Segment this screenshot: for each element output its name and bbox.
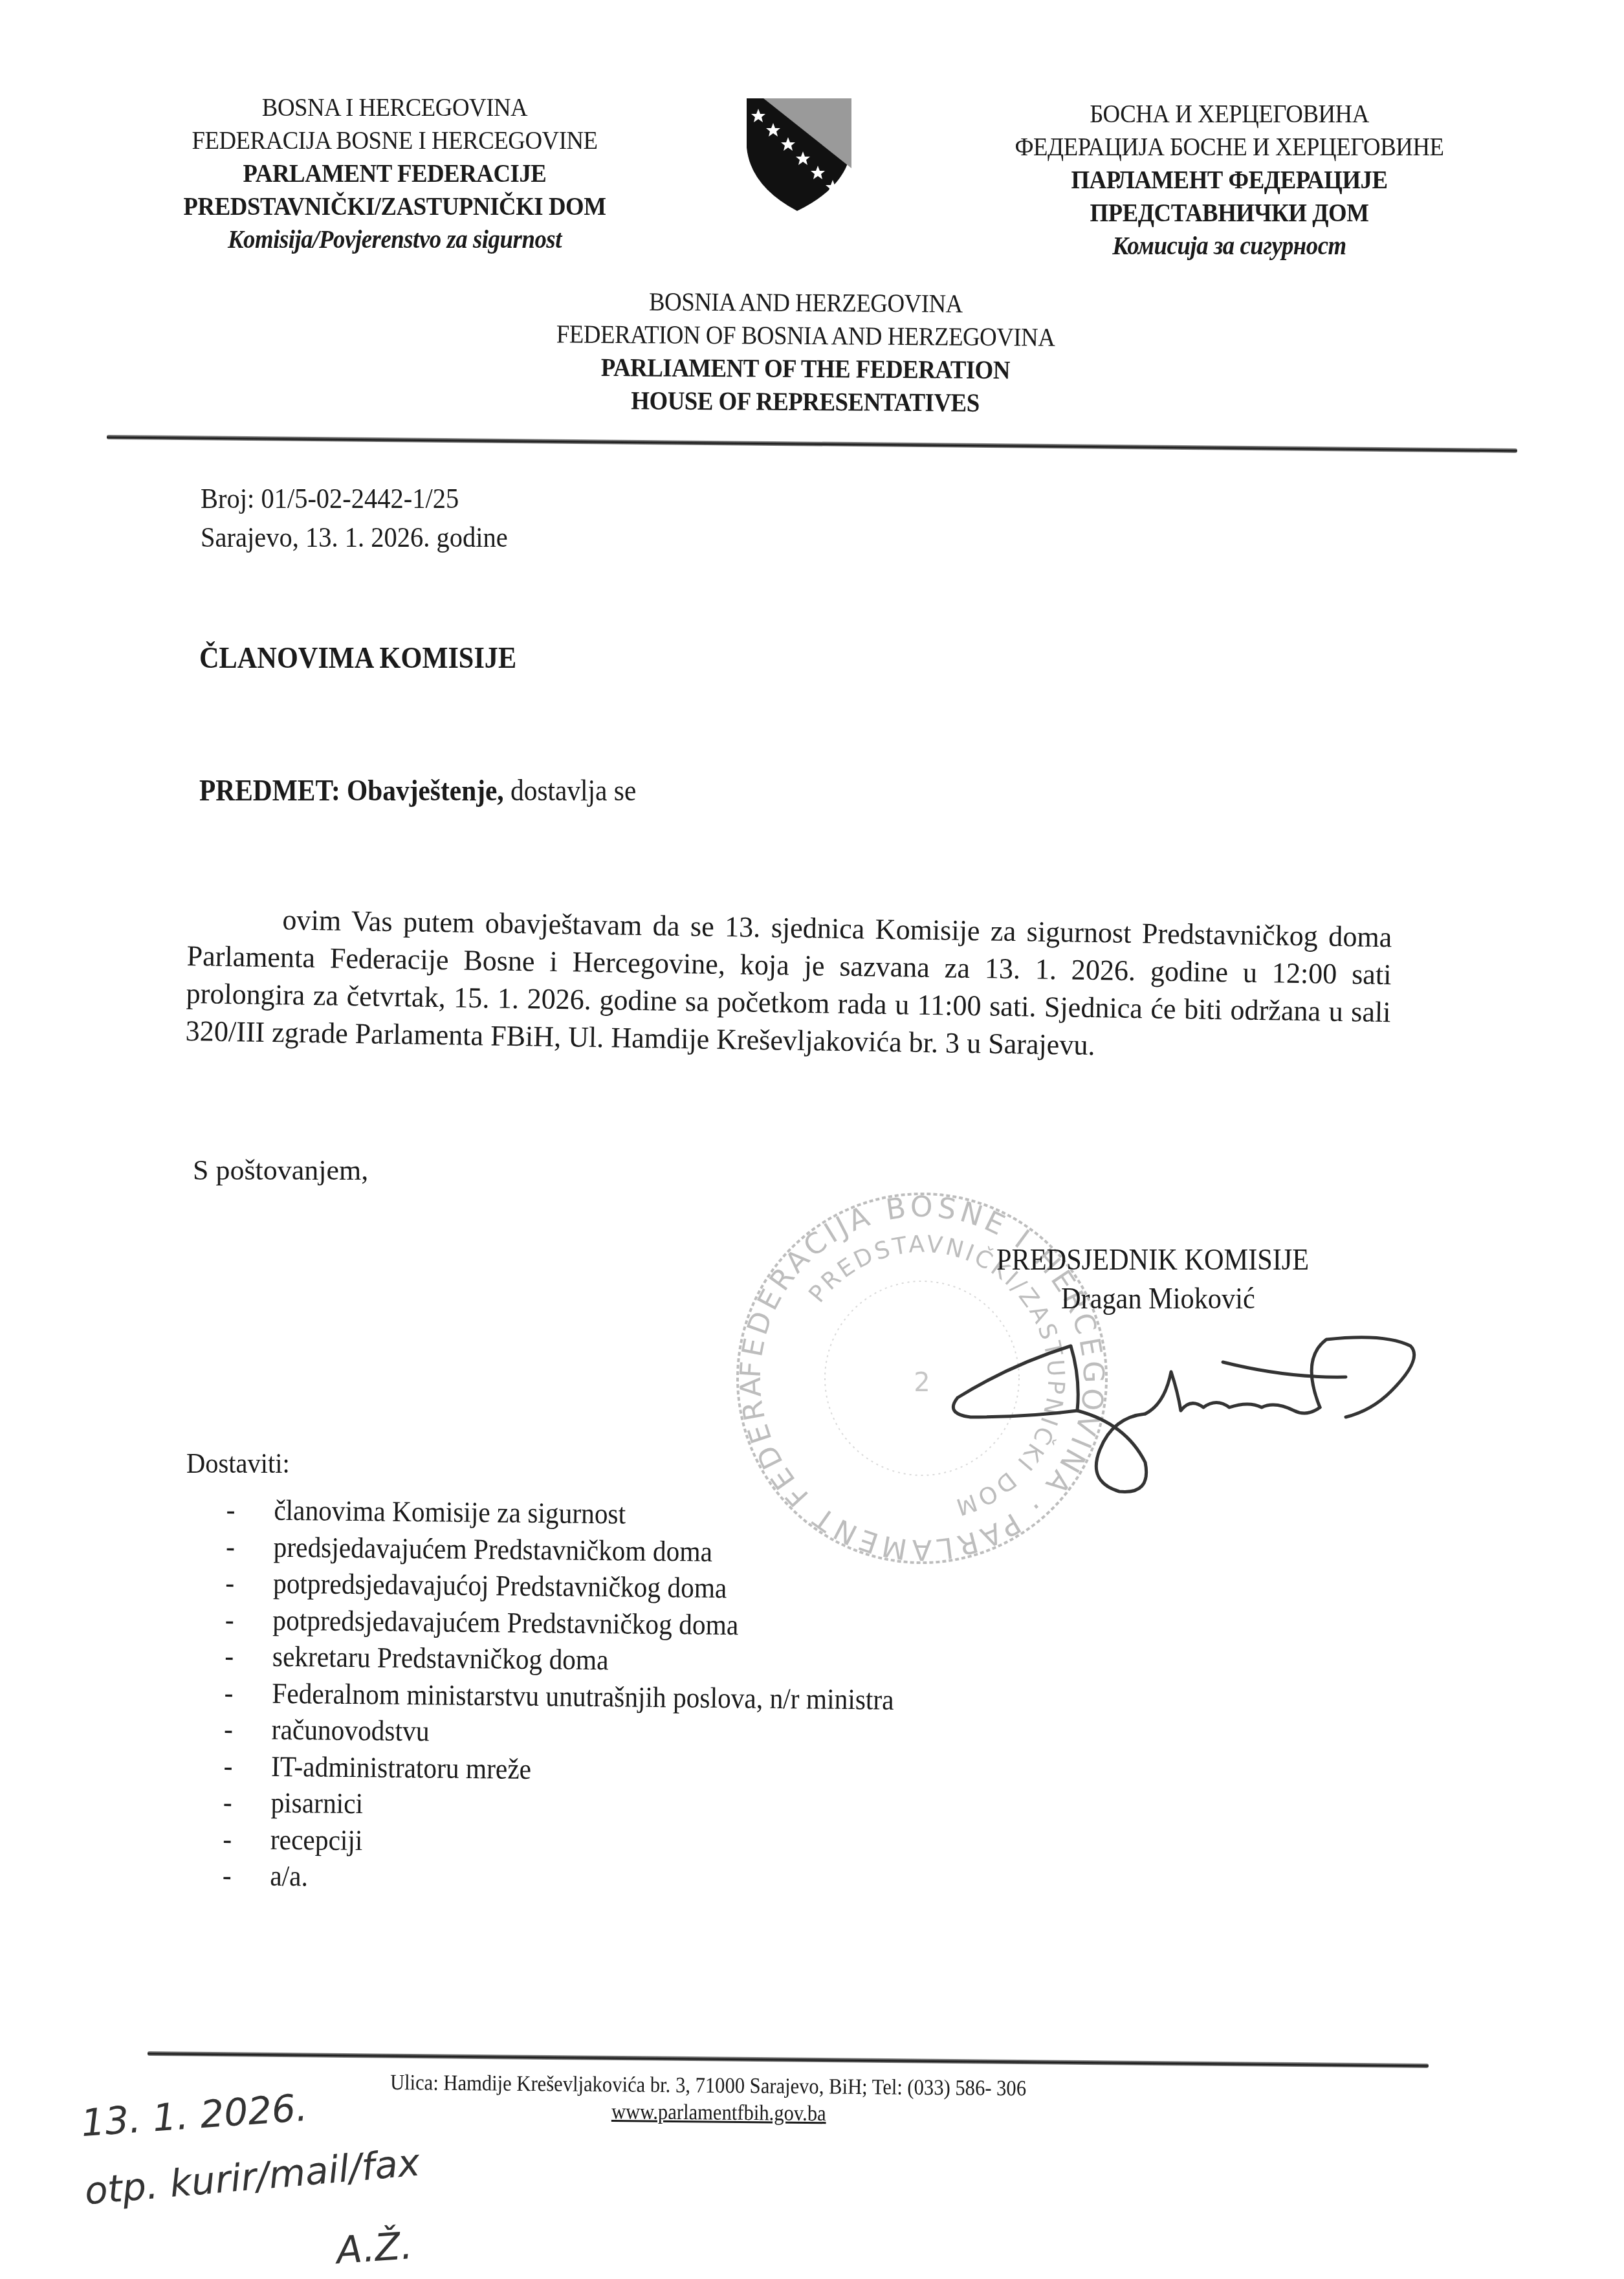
signature-icon — [932, 1320, 1423, 1521]
subject-line: PREDMET: Obavještenje, dostavlja se — [199, 773, 636, 808]
header-country-en: BOSNIA AND HERZEGOVINA — [505, 284, 1106, 321]
header-latin: BOSNA I HERCEGOVINA FEDERACIJA BOSNE I H… — [151, 91, 639, 256]
header-house-cyr: ПРЕДСТАВНИЧКИ ДОМ — [980, 196, 1480, 229]
signatory-title: PREDSJEDNIK KOMISIJE — [996, 1242, 1309, 1277]
header-federation-en: FEDERATION OF BOSNIA AND HERZEGOVINA — [505, 317, 1106, 354]
place-date: Sarajevo, 13. 1. 2026. godine — [201, 518, 508, 556]
header-country-cyr: БОСНА И ХЕРЦЕГОВИНА — [980, 97, 1480, 130]
header-parliament-en: PARLIAMENT OF THE FEDERATION — [505, 350, 1106, 387]
delivery-label: Dostaviti: — [186, 1446, 290, 1480]
closing: S poštovanjem, — [193, 1154, 368, 1187]
handwritten-date: 13. 1. 2026. — [80, 2086, 309, 2145]
header-house: PREDSTAVNIČKI/ZASTUPNIČKI DOM — [151, 190, 639, 223]
delivery-list: članovima Komisije za sigurnost predsjed… — [222, 1492, 895, 1900]
footer-website-link[interactable]: www.parlamentfbih.gov.ba — [611, 2100, 826, 2126]
handwritten-initials: A.Ž. — [335, 2223, 414, 2273]
handwritten-note: otp. kurir/mail/fax — [83, 2140, 422, 2213]
header-country: BOSNA I HERCEGOVINA — [151, 91, 639, 124]
header-federation: FEDERACIJA BOSNE I HERCEGOVINE — [151, 124, 639, 157]
body-paragraph: ovim Vas putem obavještavam da se 13. sj… — [185, 899, 1392, 1068]
header-federation-cyr: ФЕДЕРАЦИЈА БОСНЕ И ХЕРЦЕГОВИНЕ — [980, 130, 1480, 163]
list-item: a/a. — [222, 1857, 892, 1900]
header-cyrillic: БОСНА И ХЕРЦЕГОВИНА ФЕДЕРАЦИЈА БОСНЕ И Х… — [980, 97, 1480, 262]
header-house-en: HOUSE OF REPRESENTATIVES — [505, 383, 1106, 420]
signatory-name: Dragan Mioković — [1061, 1281, 1255, 1316]
header-english: BOSNIA AND HERZEGOVINA FEDERATION OF BOS… — [505, 284, 1106, 420]
header-parliament-cyr: ПАРЛАМЕНТ ФЕДЕРАЦИЈЕ — [980, 163, 1480, 196]
header-divider — [107, 435, 1517, 453]
addressee: ČLANOVIMA KOMISIJE — [199, 641, 516, 675]
header-parliament: PARLAMENT FEDERACIJE — [151, 157, 639, 190]
subject-label: PREDMET: — [199, 774, 340, 807]
header-commission-cyr: Комисија за сигурност — [980, 229, 1480, 262]
header-commission: Komisija/Povjerenstvo za sigurnost — [151, 223, 639, 256]
footer-address: Ulica: Hamdije Kreševljakovića br. 3, 71… — [390, 2071, 1026, 2101]
coat-of-arms-icon — [744, 96, 854, 212]
footer-divider — [148, 2051, 1429, 2068]
document-number: Broj: 01/5-02-2442-1/25 — [201, 479, 459, 518]
svg-text:2: 2 — [914, 1368, 930, 1398]
subject-rest: dostavlja se — [510, 774, 636, 807]
subject-title: Obavještenje, — [347, 774, 504, 807]
